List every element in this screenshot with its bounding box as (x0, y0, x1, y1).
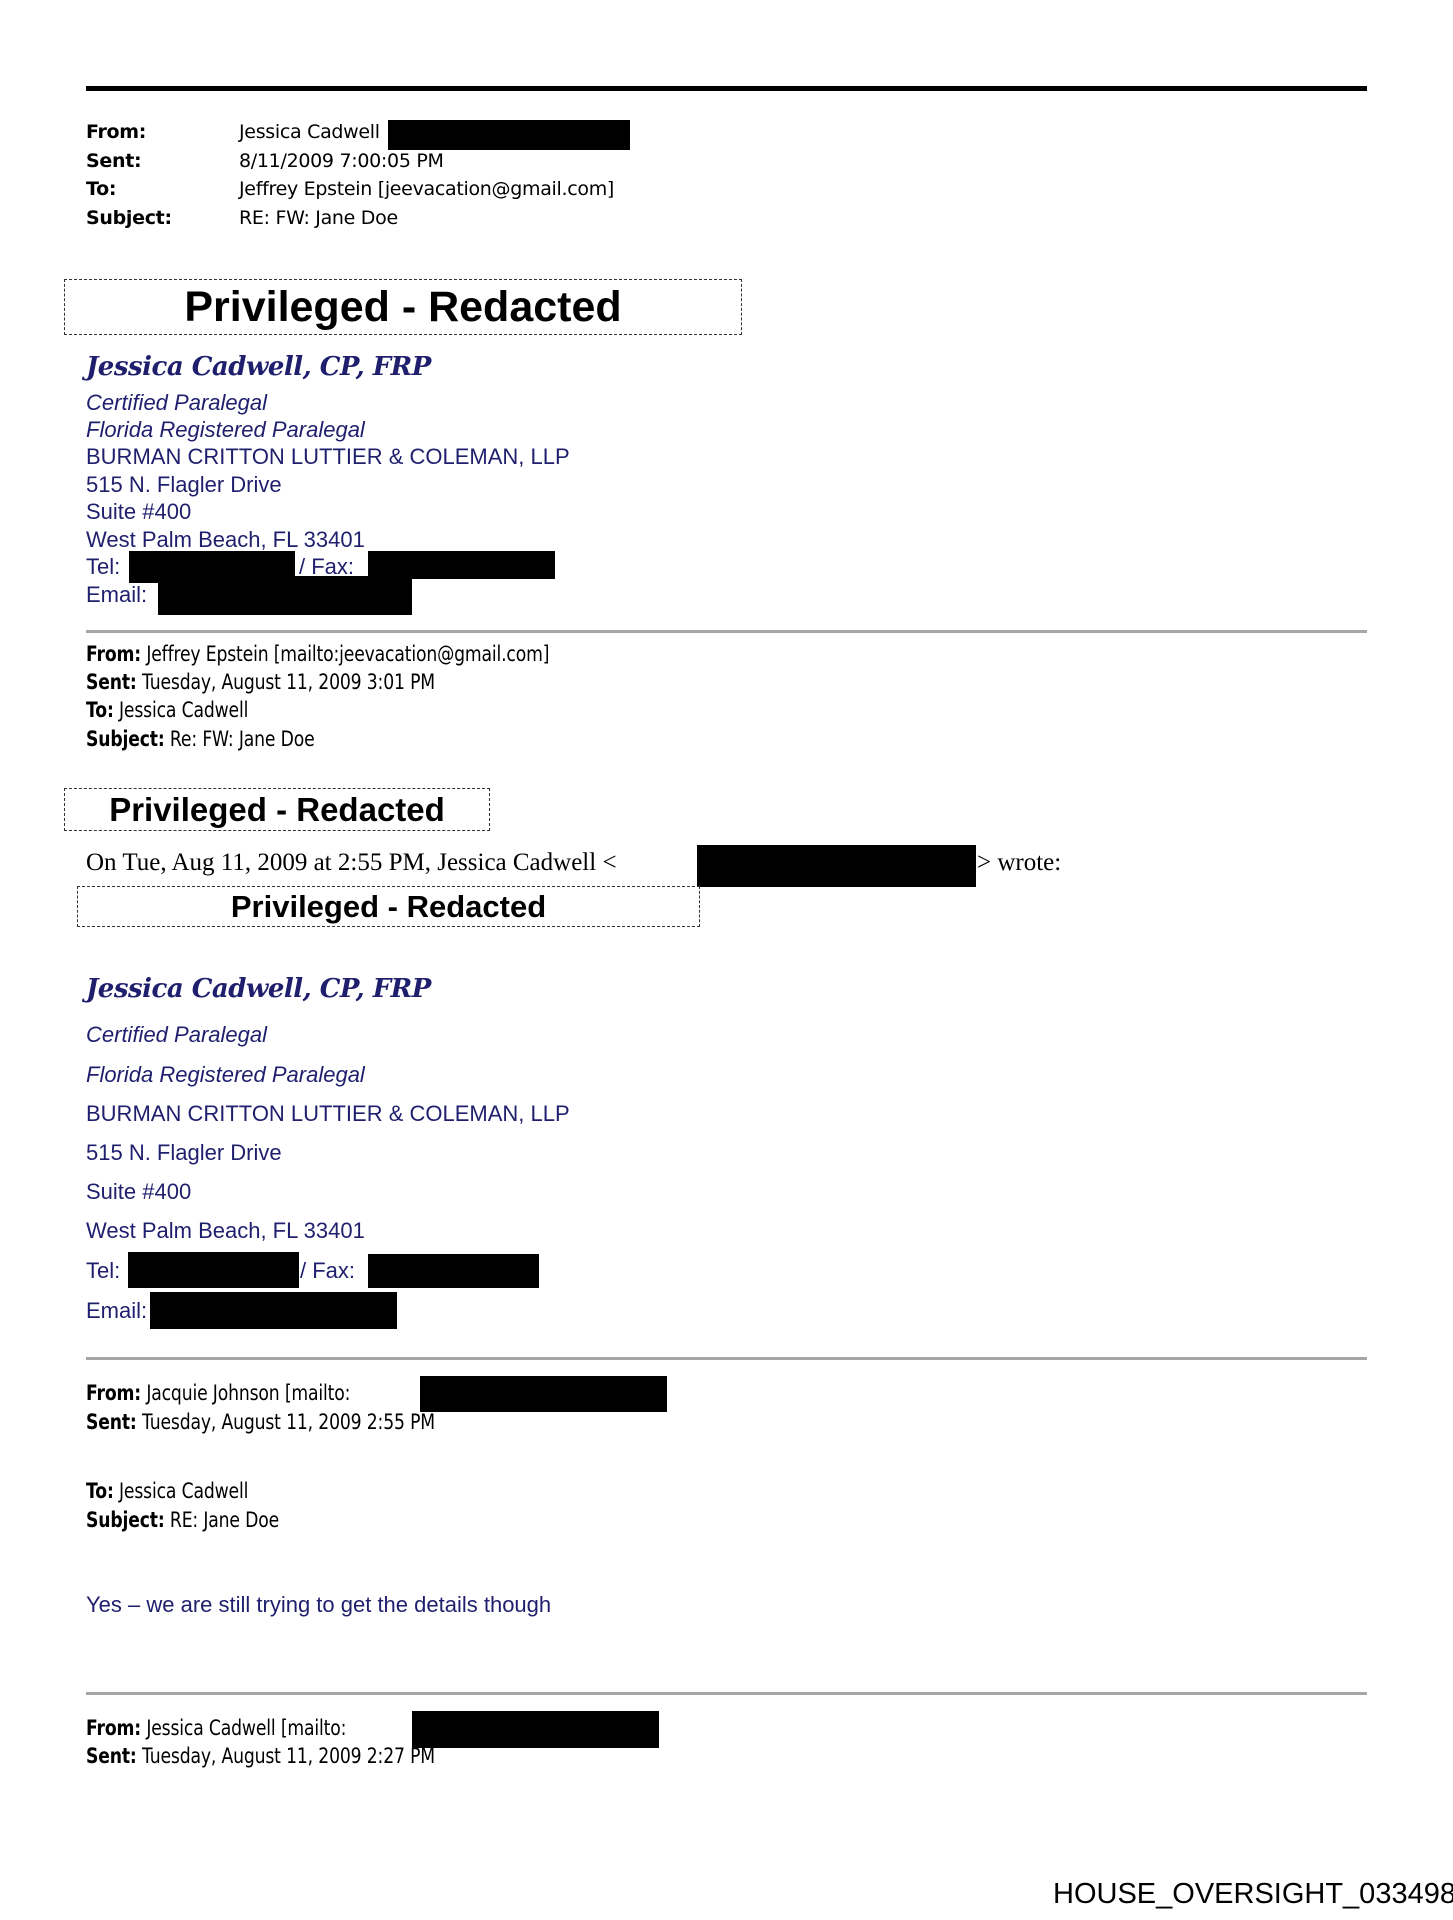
subject-value: RE: FW: Jane Doe (239, 207, 398, 229)
from-value: Jeffrey Epstein [mailto:jeevacation@gmai… (146, 642, 549, 666)
sent-label: Sent: (86, 150, 141, 172)
privileged-redacted-box: Privileged - Redacted (64, 788, 490, 831)
signature-email-label: Email: (86, 582, 147, 608)
signature-city: West Palm Beach, FL 33401 (86, 1218, 365, 1244)
signature-name: Jessica Cadwell, CP, FRP (86, 352, 431, 382)
to-line: To: Jessica Cadwell (86, 1479, 248, 1503)
separator-rule (86, 630, 1367, 633)
signature-title: Florida Registered Paralegal (86, 1062, 365, 1088)
to-label: To: (86, 698, 114, 722)
subject-label: Subject: (86, 207, 172, 229)
to-value: Jessica Cadwell (119, 698, 248, 722)
sent-label: Sent: (86, 1744, 137, 1768)
to-line: To: Jessica Cadwell (86, 698, 248, 722)
redaction-block (158, 576, 412, 615)
to-label: To: (86, 178, 116, 200)
quote-attribution-suffix: > wrote: (977, 849, 1061, 877)
sent-label: Sent: (86, 1410, 137, 1434)
from-line: From: Jacquie Johnson [mailto: (86, 1381, 350, 1405)
from-value: Jessica Cadwell [mailto: (146, 1716, 346, 1740)
from-value: Jessica Cadwell (239, 121, 380, 143)
to-label: To: (86, 1479, 114, 1503)
subject-label: Subject: (86, 727, 165, 751)
message-body: Yes – we are still trying to get the det… (86, 1592, 551, 1618)
sent-label: Sent: (86, 670, 137, 694)
quote-attribution: On Tue, Aug 11, 2009 at 2:55 PM, Jessica… (86, 849, 617, 877)
separator-rule (86, 1357, 1367, 1360)
subject-value: Re: FW: Jane Doe (170, 727, 315, 751)
signature-address: Suite #400 (86, 499, 191, 525)
signature-firm: BURMAN CRITTON LUTTIER & COLEMAN, LLP (86, 1101, 570, 1127)
privileged-redacted-box: Privileged - Redacted (77, 886, 700, 927)
signature-title: Certified Paralegal (86, 1022, 267, 1048)
sent-value: 8/11/2009 7:00:05 PM (239, 150, 444, 172)
signature-address: 515 N. Flagler Drive (86, 472, 282, 498)
signature-tel-label: Tel: (86, 1258, 120, 1284)
from-label: From: (86, 121, 146, 143)
redaction-block (368, 551, 555, 579)
to-value: Jessica Cadwell (119, 1479, 248, 1503)
redaction-block (697, 845, 976, 887)
redaction-block (388, 120, 630, 150)
signature-email-label: Email: (86, 1298, 147, 1324)
redaction-block (368, 1254, 539, 1288)
signature-firm: BURMAN CRITTON LUTTIER & COLEMAN, LLP (86, 444, 570, 470)
signature-address: Suite #400 (86, 1179, 191, 1205)
bates-number: HOUSE_OVERSIGHT_033498 (1053, 1878, 1453, 1911)
from-line: From: Jessica Cadwell [mailto: (86, 1716, 346, 1740)
subject-label: Subject: (86, 1508, 165, 1532)
signature-tel-label: Tel: (86, 554, 120, 580)
from-value: Jacquie Johnson [mailto: (146, 1381, 350, 1405)
from-line: From: Jeffrey Epstein [mailto:jeevacatio… (86, 642, 549, 666)
signature-name: Jessica Cadwell, CP, FRP (86, 974, 431, 1004)
sent-line: Sent: Tuesday, August 11, 2009 2:27 PM (86, 1744, 435, 1768)
signature-title: Florida Registered Paralegal (86, 417, 365, 443)
privileged-redacted-box: Privileged - Redacted (64, 279, 742, 335)
separator-rule (86, 1692, 1367, 1695)
top-rule (86, 86, 1367, 91)
subject-line: Subject: Re: FW: Jane Doe (86, 727, 315, 751)
from-label: From: (86, 642, 141, 666)
from-label: From: (86, 1381, 141, 1405)
signature-fax-label: / Fax: (300, 1258, 355, 1284)
redaction-block (128, 1252, 299, 1288)
subject-line: Subject: RE: Jane Doe (86, 1508, 279, 1532)
sent-line: Sent: Tuesday, August 11, 2009 2:55 PM (86, 1410, 435, 1434)
to-value: Jeffrey Epstein [jeevacation@gmail.com] (239, 178, 614, 200)
sent-value: Tuesday, August 11, 2009 2:55 PM (142, 1410, 435, 1434)
sent-value: Tuesday, August 11, 2009 3:01 PM (142, 670, 435, 694)
subject-value: RE: Jane Doe (170, 1508, 279, 1532)
from-label: From: (86, 1716, 141, 1740)
redaction-block (412, 1711, 659, 1748)
redaction-block (420, 1376, 667, 1412)
redaction-block (150, 1292, 397, 1329)
signature-city: West Palm Beach, FL 33401 (86, 527, 365, 553)
sent-value: Tuesday, August 11, 2009 2:27 PM (142, 1744, 435, 1768)
sent-line: Sent: Tuesday, August 11, 2009 3:01 PM (86, 670, 435, 694)
signature-address: 515 N. Flagler Drive (86, 1140, 282, 1166)
signature-title: Certified Paralegal (86, 390, 267, 416)
